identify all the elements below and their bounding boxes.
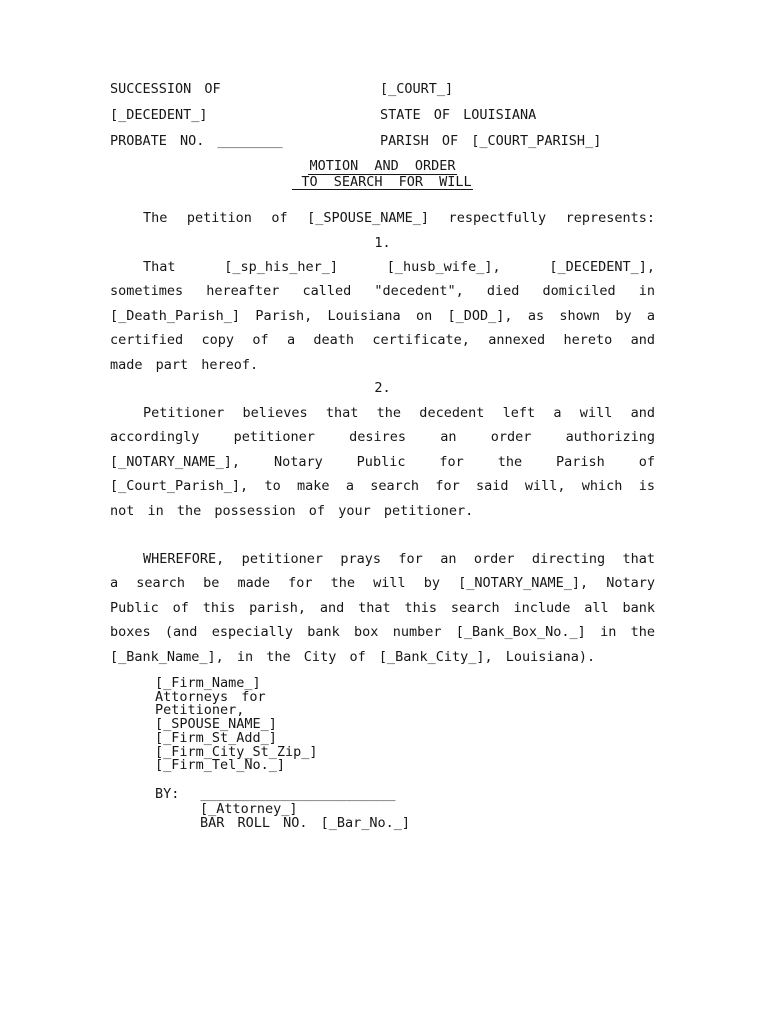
signature-by-row: BY:________________________ (155, 787, 655, 801)
title-line-2: TO SEARCH FOR WILL (292, 175, 472, 191)
section-number-2: 2. (110, 376, 655, 400)
paragraph-line: [_Death_Parish_] Parish, Louisiana on [_… (110, 304, 655, 328)
caption-row: SUCCESSION OF [_COURT_] (110, 76, 655, 102)
caption-row: [_DECEDENT_] STATE OF LOUISIANA (110, 102, 655, 128)
title-row: MOTION AND ORDER (110, 159, 655, 175)
case-caption: SUCCESSION OF [_COURT_] [_DECEDENT_] STA… (110, 76, 655, 154)
paragraph-line: a search be made for the will by [_NOTAR… (110, 571, 655, 595)
caption-court-placeholder: [_COURT_] (380, 76, 655, 102)
caption-state: STATE OF LOUISIANA (380, 102, 655, 128)
paragraph-line: [_Court_Parish_], to make a search for s… (110, 474, 655, 498)
paragraph-2: Petitioner believes that the decedent le… (110, 401, 655, 523)
caption-row: PROBATE NO. ________ PARISH OF [_COURT_P… (110, 128, 655, 154)
paragraph-line: That [_sp_his_her_] [_husb_wife_], [_DEC… (110, 255, 655, 279)
paragraph-line: Petitioner believes that the decedent le… (110, 401, 655, 425)
section-number-1: 1. (110, 231, 655, 255)
paragraph-line: [_NOTARY_NAME_], Notary Public for the P… (110, 450, 655, 474)
caption-probate-no: PROBATE NO. ________ (110, 128, 380, 154)
paragraph-line: sometimes hereafter called "decedent", d… (110, 279, 655, 303)
paragraph-line: [_Bank_Name_], in the City of [_Bank_Cit… (110, 645, 655, 669)
signature-line: ________________________ (200, 786, 395, 802)
paragraph-line: boxes (and especially bank box number [_… (110, 620, 655, 644)
paragraph-line: not in the possession of your petitioner… (110, 499, 655, 523)
wherefore-paragraph: WHEREFORE, petitioner prays for an order… (110, 547, 655, 669)
intro-line: The petition of [_SPOUSE_NAME_] respectf… (110, 206, 655, 230)
caption-decedent-placeholder: [_DECEDENT_] (110, 102, 380, 128)
paragraph-line: certified copy of a death certificate, a… (110, 328, 655, 352)
title-line-1: MOTION AND ORDER (308, 159, 456, 175)
document-title: MOTION AND ORDER TO SEARCH FOR WILL (110, 159, 655, 190)
firm-address-block: [_Firm_Name_] Attorneys for Petitioner, … (155, 677, 655, 773)
caption-succession-of: SUCCESSION OF (110, 76, 380, 102)
firm-phone-placeholder: [_Firm_Tel_No._] (155, 759, 655, 773)
paragraph-line: accordingly petitioner desires an order … (110, 425, 655, 449)
paragraph-line: Public of this parish, and that this sea… (110, 596, 655, 620)
document-page: SUCCESSION OF [_COURT_] [_DECEDENT_] STA… (0, 0, 770, 1024)
bar-roll-number: BAR ROLL NO. [_Bar_No._] (200, 817, 655, 831)
paragraph-line: WHEREFORE, petitioner prays for an order… (110, 547, 655, 571)
caption-parish-placeholder: PARISH OF [_COURT_PARISH_] (380, 128, 655, 154)
paragraph-1: That [_sp_his_her_] [_husb_wife_], [_DEC… (110, 255, 655, 377)
title-row: TO SEARCH FOR WILL (110, 175, 655, 191)
paragraph-line: made part hereof. (110, 353, 655, 377)
by-label: BY: (155, 786, 179, 802)
